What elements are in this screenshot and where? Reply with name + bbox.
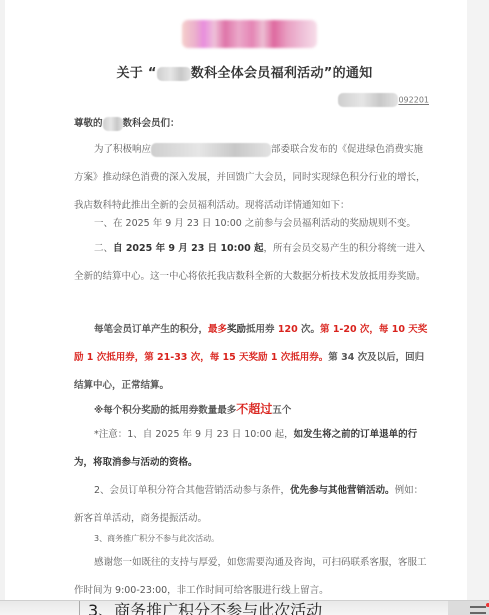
greeting: 尊敬的数科会员们： [74,110,428,138]
notes-section: *注意：1、自 2025 年 9 月 23 日 10:00 起，如发生将之前的订… [74,421,428,533]
rule-item-2: 二、自 2025 年 9 月 23 日 10:00 起，所有会员交易产生的积分将… [74,235,428,291]
reward-text-2: 抵用券 [246,324,278,335]
reward-red-120: 120 [278,324,298,335]
note2-bold: 优先参与其他营销活动。 [290,485,395,496]
title-suffix: 数科全体会员福利活动”的通知 [191,66,373,81]
limit-prefix: ※每个积分奖励的抵用券数量最多 [94,405,236,416]
note1-prefix: *注意：1、自 2025 年 9 月 23 日 10:00 起， [94,429,294,440]
intro-start: 为了积极响应 [94,144,151,155]
greeting-prefix: 尊敬的 [74,118,103,129]
reward-paragraph: 每笔会员订单产生的积分，最多奖励抵用券 120 次。第 1-20 次，每 10 … [74,316,428,400]
reward-red-max: 最多 [208,324,227,335]
document-title: 关于 “数科全体会员福利活动”的通知 [0,62,489,81]
limit-red-not-exceed: 不超过 [236,402,272,416]
thanks-paragraph: 感谢您一如既往的支持与厚爱，如您需要沟通及咨询，可扫码联系客服，客服工作时间为 … [74,549,428,605]
title-redacted-name [157,67,191,81]
title-prefix: 关于 “ [116,66,156,81]
right-margin [467,0,489,600]
greeting-suffix: 数科会员们： [123,118,180,129]
overflow-text: 3、商务推广积分不参与此次活动 [88,598,322,615]
reward-text-1: 每笔会员订单产生的积分， [94,324,208,335]
document-number: 092201 [338,93,429,107]
intro-paragraph: 为了积极响应部委联合发布的《促进绿色消费实施方案》推动绿色消费的深入发展，并回馈… [74,136,428,220]
item2-prefix: 二、 [94,243,113,254]
item2-date-bold: 自 2025 年 9 月 23 日 10:00 起 [113,243,263,254]
rule-item-1: 一、在 2025 年 9 月 23 日 10:00 之前参与会员福利活动的奖励规… [74,210,428,238]
bottom-preview-bar: 3、商务推广积分不参与此次活动 [0,600,489,615]
bar-divider [79,601,80,615]
reward-bold-reward: 奖励 [227,324,246,335]
note2-prefix: 2、会员订单积分符合其他营销活动参与条件， [94,485,290,496]
doc-number-visible: 092201 [398,96,429,105]
intro-redacted [151,143,271,157]
menu-icon[interactable] [470,606,486,614]
reward-text-3: 次。 [298,324,320,335]
letterhead-logo-redacted [182,20,317,48]
greeting-redacted [103,117,123,131]
limit-suffix: 五个 [272,405,291,416]
note-1: *注意：1、自 2025 年 9 月 23 日 10:00 起，如发生将之前的订… [74,421,428,477]
doc-number-redacted [338,93,398,107]
